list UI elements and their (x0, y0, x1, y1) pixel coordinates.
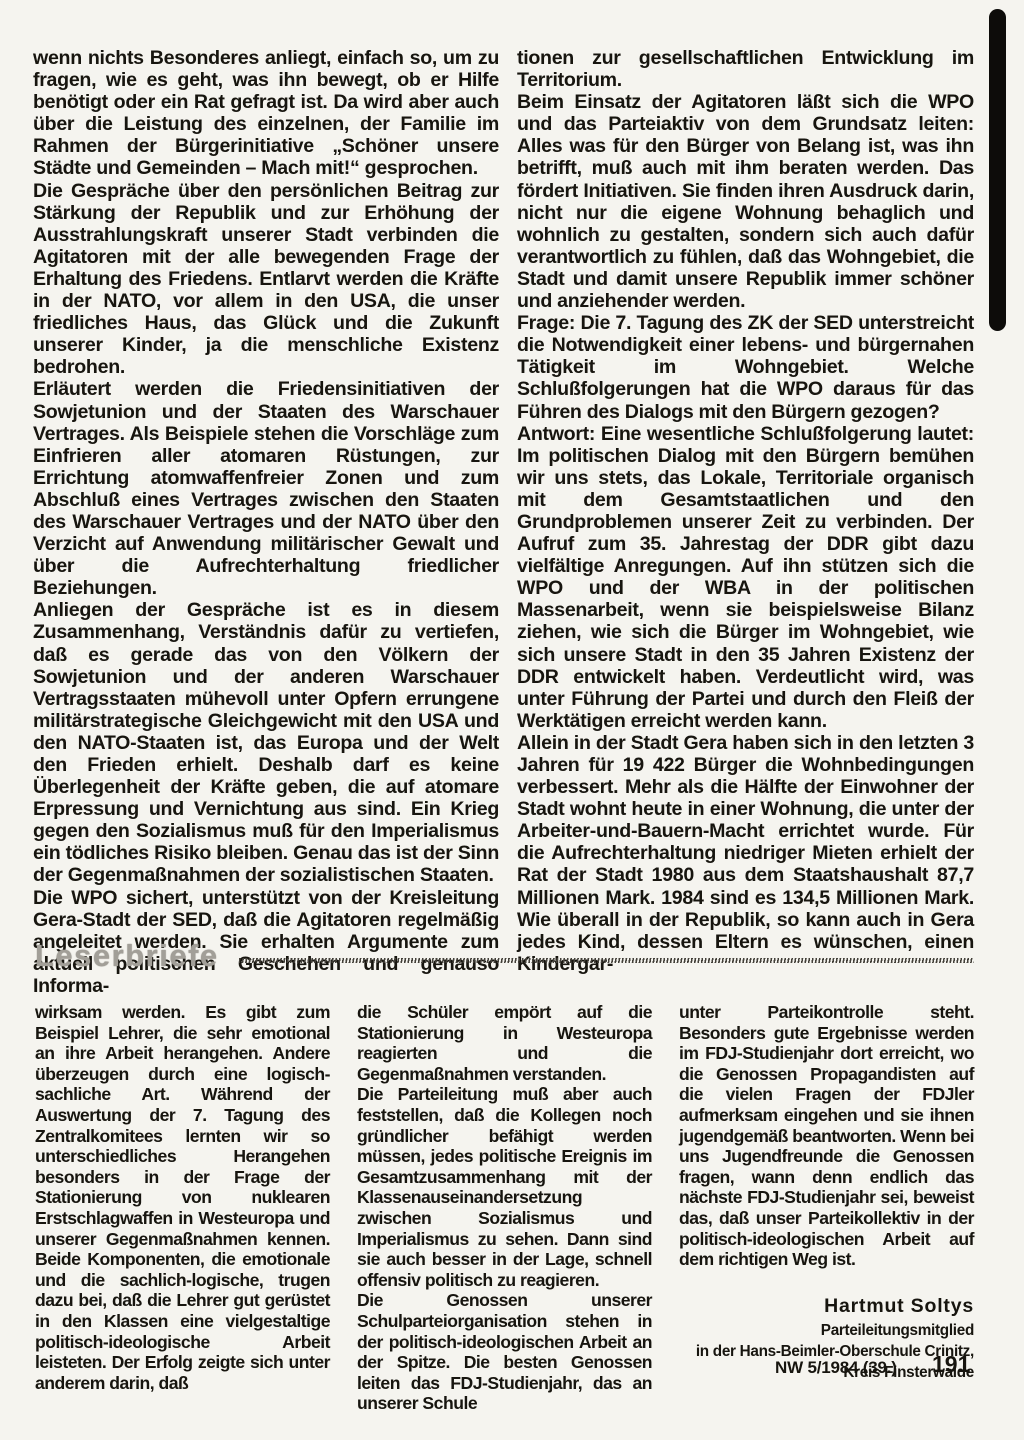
article-left-column: wenn nichts Besonderes anliegt, einfach … (33, 47, 499, 997)
paragraph: Die Gespräche über den persönlichen Beit… (33, 180, 499, 379)
answer-label: Antwort: (517, 423, 595, 445)
paragraph: wenn nichts Besonderes anliegt, einfach … (33, 47, 499, 180)
paragraph: Erläutert werden die Friedensinitiativen… (33, 378, 499, 599)
signature-role: Parteileitungsmitglied (679, 1320, 974, 1341)
leserbriefe-header: Leserbriefe (35, 938, 974, 974)
article-right-column: tionen zur gesellschaftlichen Entwicklun… (517, 47, 974, 975)
paragraph-text: Eine wesentliche Schlußfolgerung lautet:… (517, 423, 974, 732)
leserbriefe-column-2: die Schüler empört auf die Stationierung… (357, 1002, 652, 1414)
decorative-rule (239, 958, 974, 963)
leserbriefe-heading: Leserbriefe (35, 938, 219, 974)
answer-paragraph: Antwort: Eine wesentliche Schlußfolgerun… (517, 423, 974, 732)
paragraph: unter Parteikontrolle steht. Besonders g… (679, 1002, 974, 1270)
leserbriefe-columns: wirksam werden. Es gibt zum Beispiel Leh… (35, 1002, 974, 1414)
paragraph: tionen zur gesellschaftlichen Entwicklun… (517, 47, 974, 91)
question-paragraph: Frage: Die 7. Tagung des ZK der SED unte… (517, 312, 974, 422)
magazine-page-scan: { "page": { "paper_color": "#f5f4ef", "i… (0, 0, 1024, 1440)
issue-label: NW 5/1984 (39.) (775, 1358, 897, 1378)
paragraph: Die Parteileitung muß aber auch feststel… (357, 1084, 652, 1290)
leserbriefe-column-3: unter Parteikontrolle steht. Besonders g… (679, 1002, 974, 1414)
paragraph-text: Beim Einsatz der Agitatoren läßt sich di… (517, 91, 974, 312)
paragraph: die Schüler empört auf die Stationierung… (357, 1002, 652, 1084)
scan-artifact-bar (989, 9, 1006, 331)
paragraph: Die Genossen unserer Schulparteiorganisa… (357, 1290, 652, 1414)
leserbriefe-column-1: wirksam werden. Es gibt zum Beispiel Leh… (35, 1002, 330, 1414)
question-label: Frage: (517, 312, 575, 334)
signature-name: Hartmut Soltys (679, 1296, 974, 1317)
paragraph: wirksam werden. Es gibt zum Beispiel Leh… (35, 1002, 330, 1393)
paragraph-text: tionen zur gesellschaftlichen Entwicklun… (517, 47, 974, 91)
paragraph: Beim Einsatz der Agitatoren läßt sich di… (517, 91, 974, 312)
paragraph-text: Die 7. Tagung des ZK der SED unterstreic… (517, 312, 974, 422)
paragraph: Anliegen der Gespräche ist es in diesem … (33, 599, 499, 886)
scanned-page: wenn nichts Besonderes anliegt, einfach … (0, 0, 1024, 1440)
page-number: 191 (932, 1351, 970, 1378)
